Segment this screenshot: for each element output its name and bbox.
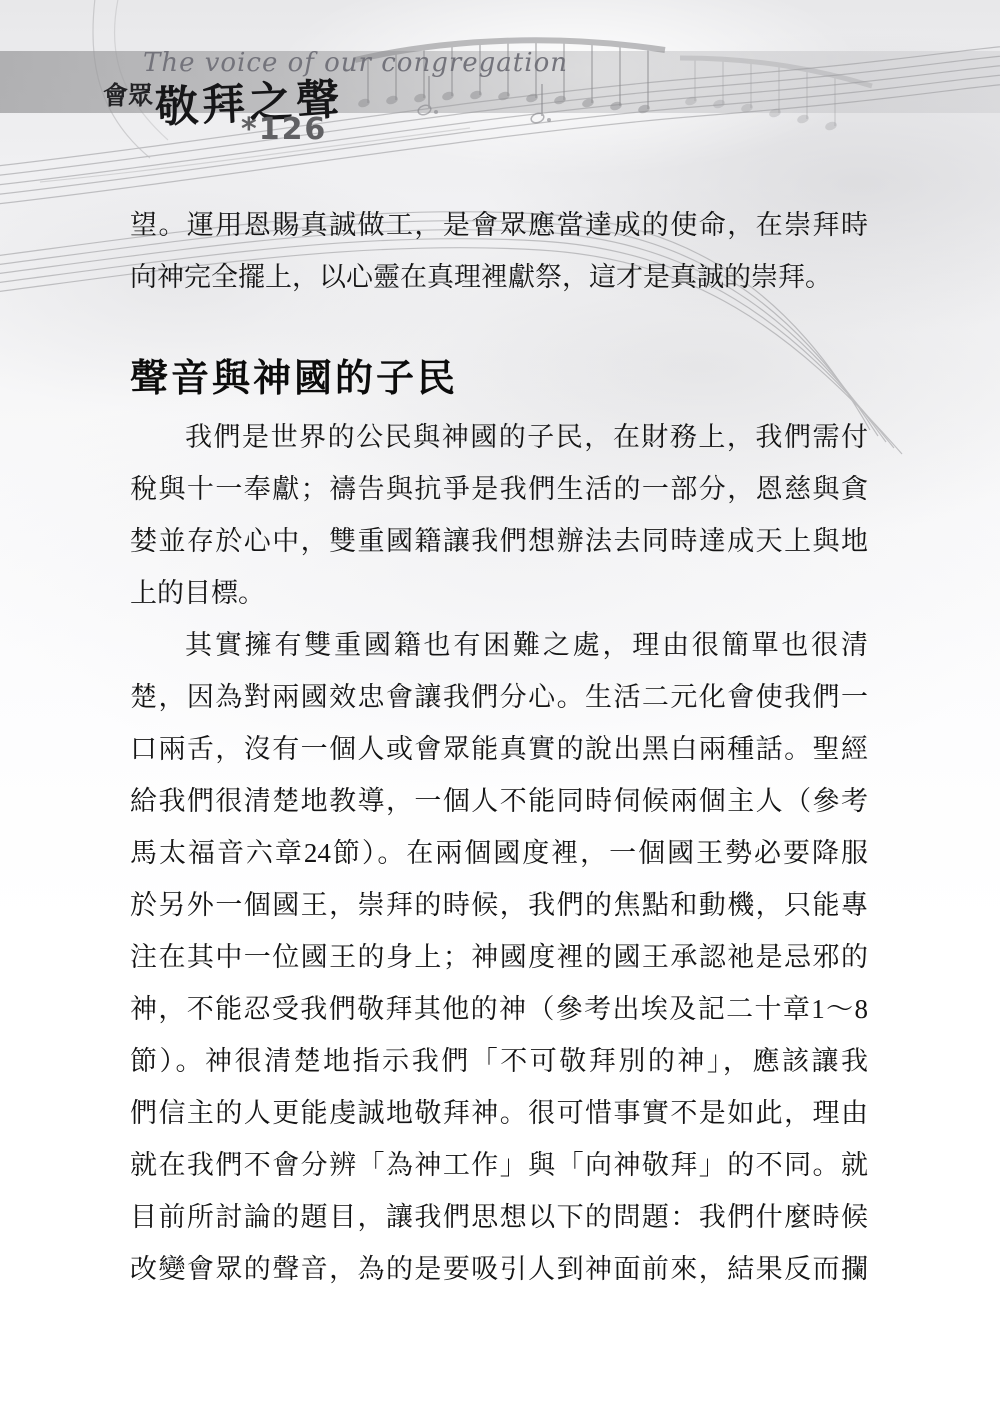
paragraph-line: 望。運用恩賜真誠做工，是會眾應當達成的使命，在崇拜時 [130,199,868,251]
paragraph-line: 目前所討論的題目，讓我們思想以下的問題：我們什麼時候 [130,1191,868,1243]
paragraph-line: 就在我們不會分辨「為神工作」與「向神敬拜」的不同。就 [130,1139,868,1191]
page-number: *126 [241,112,327,147]
paragraph-line: 上的目標。 [130,567,868,619]
paragraph-line: 口兩舌，沒有一個人或會眾能真實的說出黑白兩種話。聖經 [130,723,868,775]
paragraph-line: 於另外一個國王，崇拜的時候，我們的焦點和動機，只能專 [130,879,868,931]
paragraph-line: 注在其中一位國王的身上；神國度裡的國王承認祂是忌邪的 [130,931,868,983]
body-text: 望。運用恩賜真誠做工，是會眾應當達成的使命，在崇拜時 向神完全擺上，以心靈在真理… [130,199,868,1295]
paragraph-line: 神，不能忍受我們敬拜其他的神（參考出埃及記二十章1～8 [130,983,868,1035]
paragraph-line: 稅與十一奉獻；禱告與抗爭是我們生活的一部分，恩慈與貪 [130,463,868,515]
paragraph-line: 婪並存於心中，雙重國籍讓我們想辦法去同時達成天上與地 [130,515,868,567]
paragraph-line: 其實擁有雙重國籍也有困難之處，理由很簡單也很清 [130,619,868,671]
book-page: The voice of our congregation 會眾敬拜之聲 *12… [0,0,1000,1412]
paragraph-line: 給我們很清楚地教導，一個人不能同時伺候兩個主人（參考 [130,775,868,827]
paragraph-line: 改變會眾的聲音，為的是要吸引人到神面前來，結果反而攔 [130,1243,868,1295]
paragraph-line: 們信主的人更能虔誠地敬拜神。很可惜事實不是如此，理由 [130,1087,868,1139]
paragraph-line: 節）。神很清楚地指示我們「不可敬拜別的神」，應該讓我 [130,1035,868,1087]
paragraph-line: 向神完全擺上，以心靈在真理裡獻祭，這才是真誠的崇拜。 [130,251,868,303]
section-heading: 聲音與神國的子民 [130,357,868,401]
paragraph-line: 楚，因為對兩國效忠會讓我們分心。生活二元化會使我們一 [130,671,868,723]
paragraph-line: 馬太福音六章24節）。在兩個國度裡，一個國王勢必要降服 [130,827,868,879]
logo-prefix: 會眾 [103,76,153,112]
paragraph-line: 我們是世界的公民與神國的子民，在財務上，我們需付 [130,411,868,463]
